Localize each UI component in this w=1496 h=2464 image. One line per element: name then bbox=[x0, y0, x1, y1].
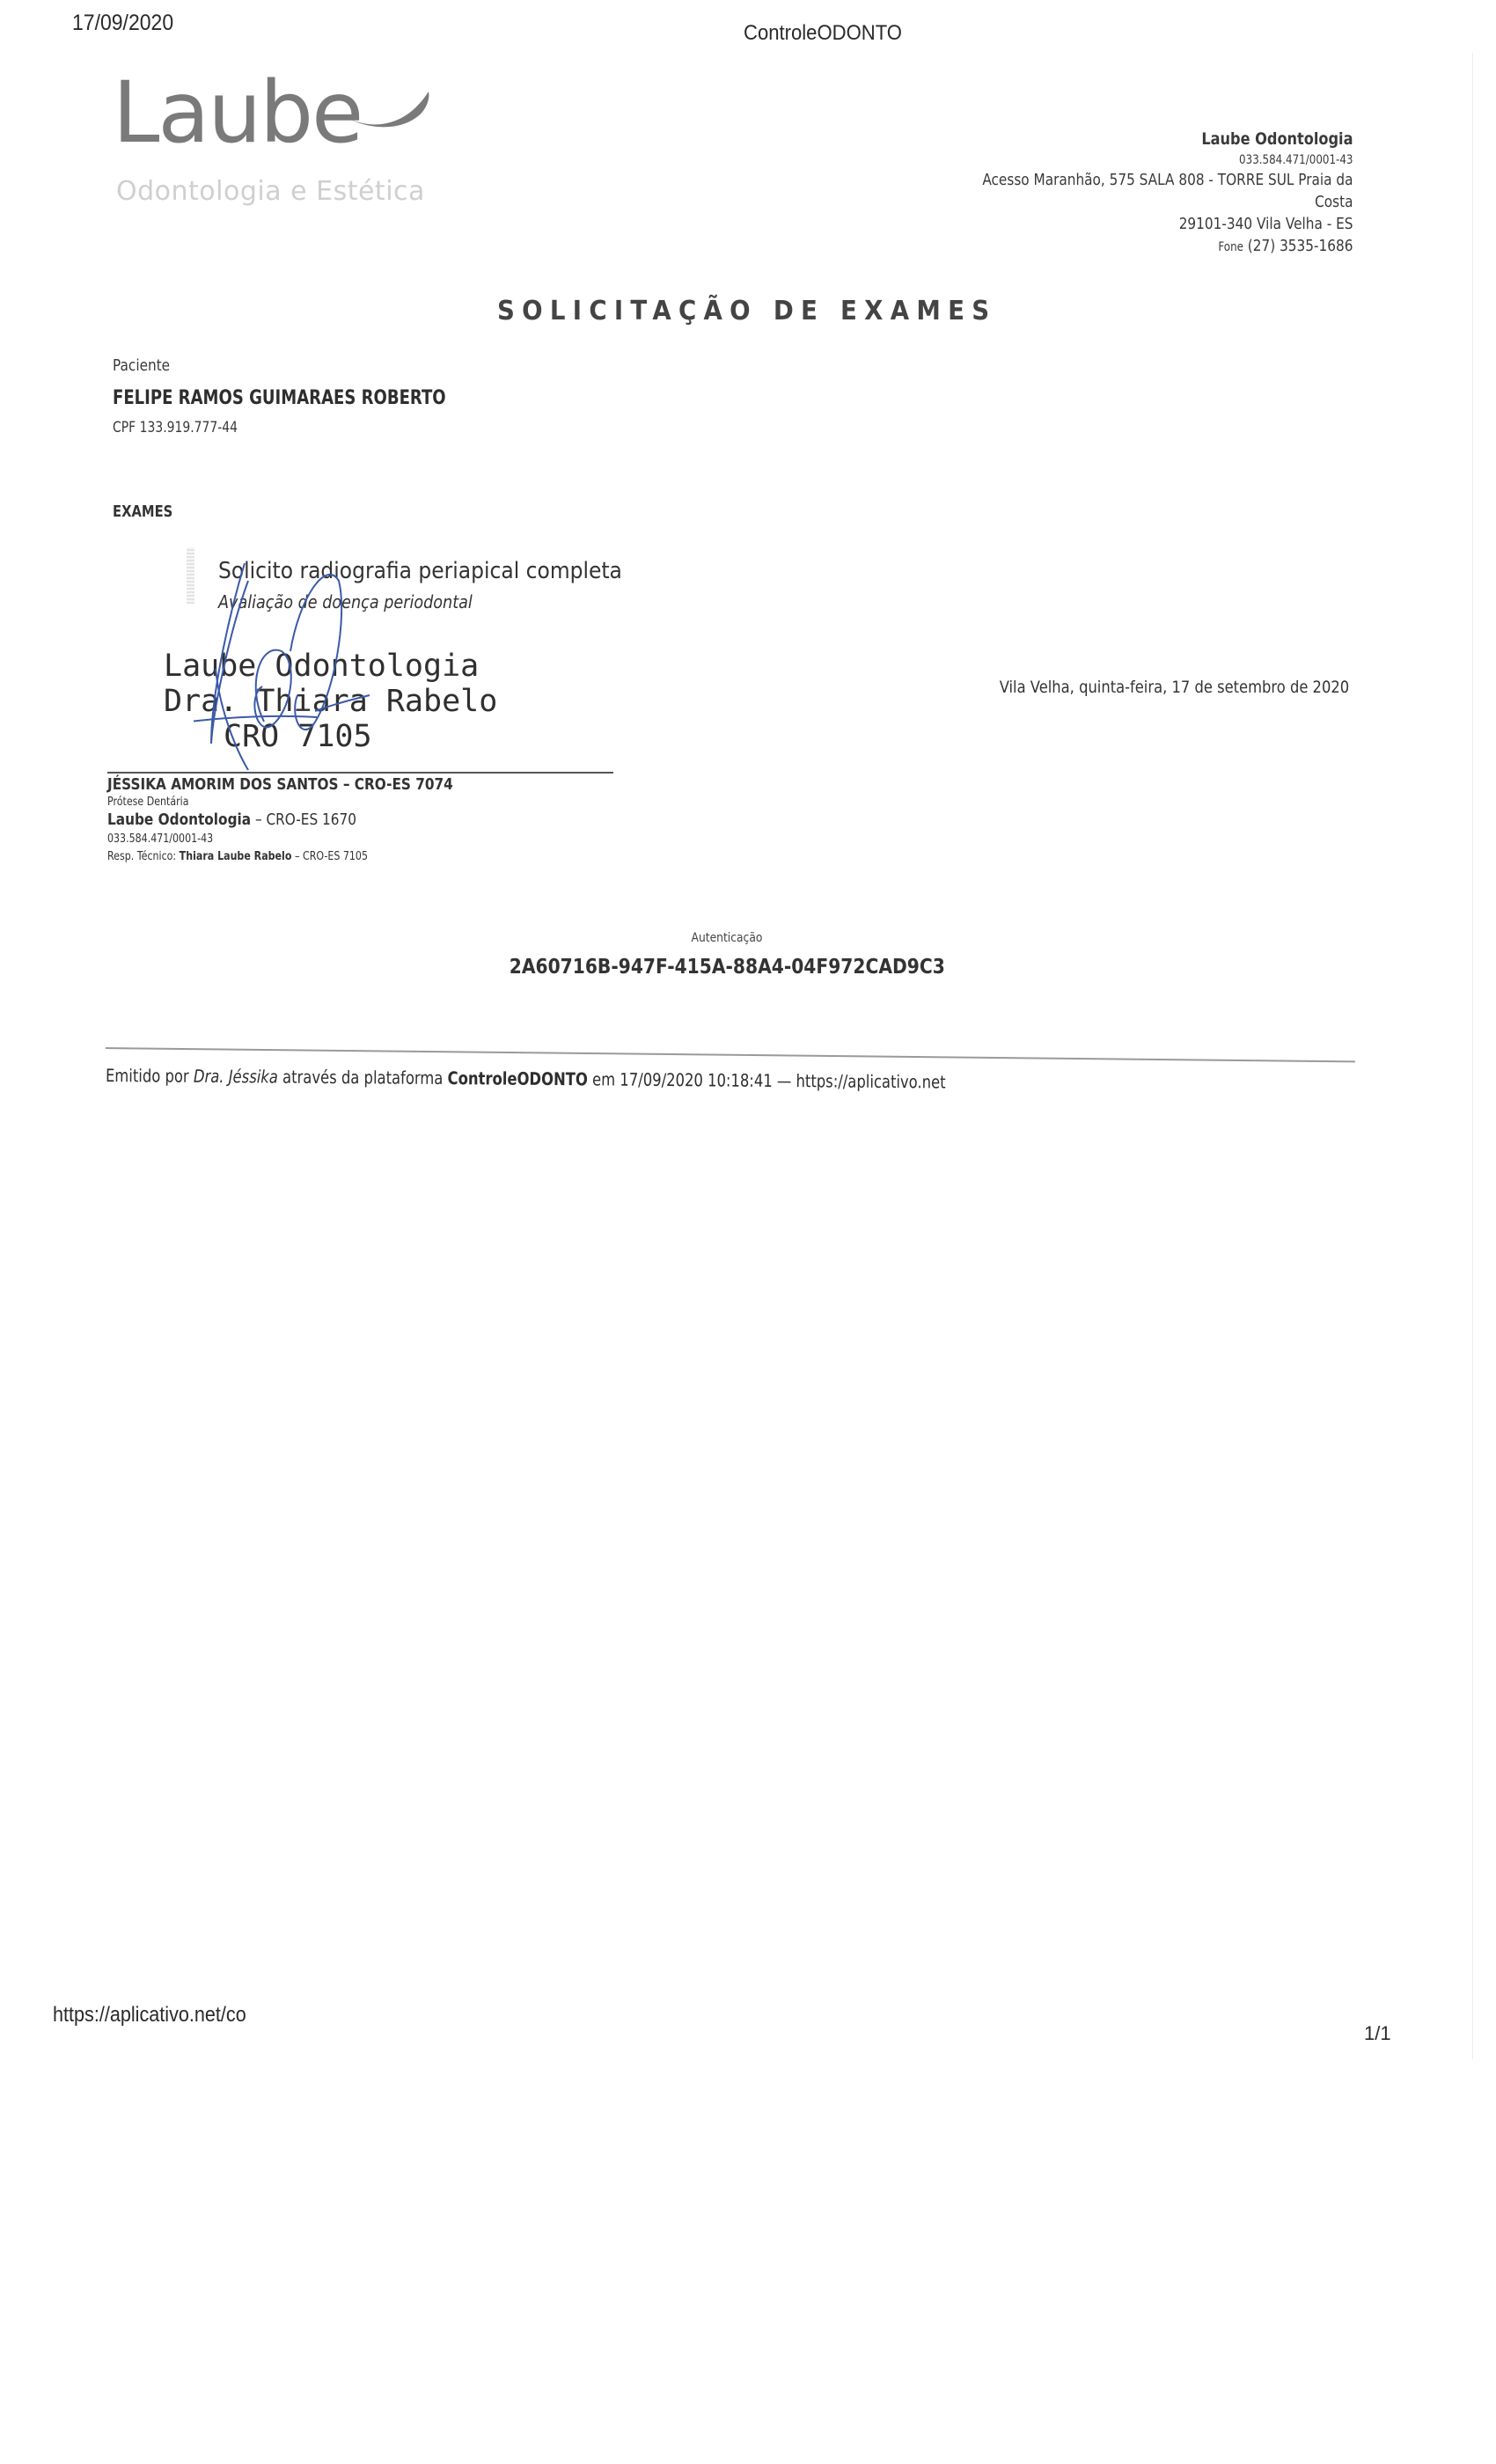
signer-name: JÉSSIKA AMORIM DOS SANTOS – CRO-ES 7074 bbox=[107, 775, 453, 795]
company-city: 29101-340 Vila Velha - ES bbox=[982, 213, 1353, 235]
exams-label: EXAMES bbox=[113, 502, 172, 521]
company-phone: Fone (27) 3535-1686 bbox=[982, 235, 1353, 259]
patient-cpf: CPF 133.919.777-44 bbox=[113, 419, 238, 436]
page-number: 1/1 bbox=[1364, 2022, 1391, 2045]
print-date: 17/09/2020 bbox=[72, 11, 173, 36]
authentication-code-text: 2A60716B-947F-415A-88A4-04F972CAD9C3 bbox=[509, 956, 944, 979]
handwritten-signature bbox=[194, 563, 422, 774]
document-title: SOLICITAÇÃO DE EXAMES bbox=[497, 296, 996, 326]
logo-wordmark: Laube bbox=[113, 63, 362, 162]
authentication-code: 2A60716B-947F-415A-88A4-04F972CAD9C3 bbox=[0, 956, 1454, 979]
print-footer-url: https://aplicativo.net/co bbox=[53, 2003, 246, 2028]
authentication-label: Autenticação bbox=[0, 931, 1454, 945]
company-info: Laube Odontologia 033.584.471/0001-43 Ac… bbox=[917, 127, 1353, 259]
resp-cro: – CRO-ES 7105 bbox=[291, 850, 368, 863]
company-name: Laube Odontologia bbox=[982, 127, 1353, 151]
patient-name: FELIPE RAMOS GUIMARAES ROBERTO bbox=[113, 387, 446, 409]
authentication-label-text: Autenticação bbox=[692, 931, 763, 945]
company-cnpj: 033.584.471/0001-43 bbox=[982, 151, 1353, 169]
footer-divider bbox=[106, 1047, 1355, 1062]
resp-label: Resp. Técnico: bbox=[107, 850, 180, 863]
company-address-line1: Acesso Maranhão, 575 SALA 808 - TORRE SU… bbox=[982, 169, 1353, 191]
resp-name: Thiara Laube Rabelo bbox=[180, 850, 292, 863]
phone-label: Fone bbox=[1218, 240, 1243, 254]
signer-clinic-cro: – CRO-ES 1670 bbox=[251, 810, 356, 829]
emitted-suffix: em 17/09/2020 10:18:41 — https://aplicat… bbox=[588, 1068, 946, 1092]
clinic-logo: Laube Odontologia e Estética bbox=[113, 77, 447, 209]
signer-clinic: Laube Odontologia – CRO-ES 1670 bbox=[107, 810, 453, 831]
emitted-prefix: Emitido por bbox=[106, 1065, 194, 1087]
emission-info: Emitido por Dra. Jéssika através da plat… bbox=[106, 1065, 946, 1092]
patient-label: Paciente bbox=[113, 356, 170, 375]
smile-swoosh-icon bbox=[337, 88, 434, 141]
signer-block: JÉSSIKA AMORIM DOS SANTOS – CRO-ES 7074 … bbox=[107, 772, 514, 866]
place-and-date: Vila Velha, quinta-feira, 17 de setembro… bbox=[1000, 678, 1349, 697]
logo-tagline: Odontologia e Estética bbox=[116, 176, 425, 207]
scan-edge-divider bbox=[1472, 53, 1473, 2059]
signer-role: Prótese Dentária bbox=[107, 795, 453, 810]
technical-responsible: Resp. Técnico: Thiara Laube Rabelo – CRO… bbox=[107, 848, 453, 866]
phone-number: (27) 3535-1686 bbox=[1247, 237, 1353, 255]
emitted-platform: ControleODONTO bbox=[448, 1067, 588, 1089]
emitted-author: Dra. Jéssika bbox=[194, 1066, 278, 1088]
signer-clinic-cnpj: 033.584.471/0001-43 bbox=[107, 831, 453, 848]
company-address-line2: Costa bbox=[982, 191, 1353, 213]
emitted-middle: através da plataforma bbox=[278, 1067, 448, 1089]
signer-clinic-name: Laube Odontologia bbox=[107, 810, 251, 829]
print-title: ControleODONTO bbox=[744, 21, 902, 46]
